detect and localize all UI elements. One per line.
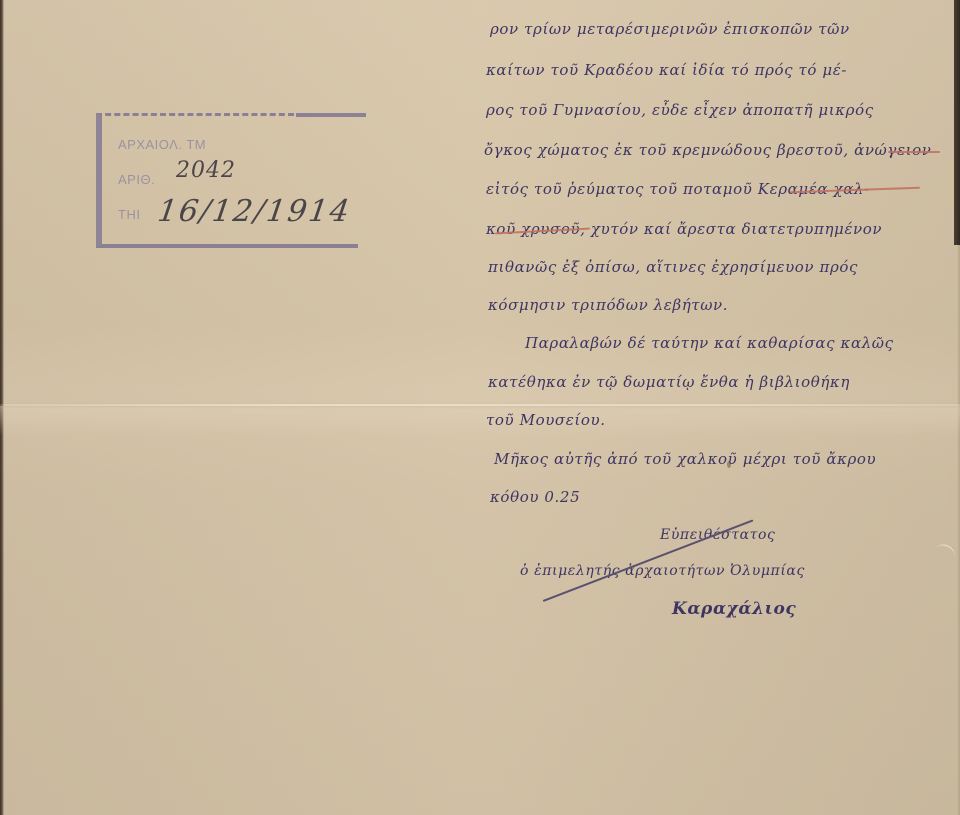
registry-stamp: ΑΡΧΑΙΟΛ. ΤΜ ΑΡΙΘ. ΤΗΙ 2042 16/12/1914 (96, 113, 358, 248)
stamp-number-value: 2042 (176, 158, 236, 183)
body-line: καίτων τοῦ Κραδέου καί ἰδία τό πρός τό μ… (486, 61, 847, 79)
stamp-label-department: ΑΡΧΑΙΟΛ. ΤΜ (118, 137, 206, 152)
body-line: ὄγκος χώματος ἐκ τοῦ κρεμνώδους βρεστοῦ,… (484, 141, 931, 159)
stamp-date-value: 16/12/1914 (156, 194, 354, 229)
body-line: τοῦ Μουσείου. (486, 411, 606, 429)
body-line: κόσμησιν τριπόδων λεβήτων. (488, 296, 728, 314)
stamp-label-number: ΑΡΙΘ. (118, 172, 155, 187)
signature-flourish-line (543, 519, 754, 601)
closing-title: ὁ ἐπιμελητής ἀρχαιοτήτων Ὀλυμπίας (520, 563, 805, 579)
stamp-label-date: ΤΗΙ (118, 207, 140, 222)
red-underline (888, 151, 940, 153)
page-right-edge-dark (954, 0, 960, 245)
paper-tear-mark (933, 541, 957, 563)
body-line: κόθου 0.25 (490, 488, 580, 506)
stamp-border-fragment (296, 113, 366, 117)
body-line: εἰτός τοῦ ῥεύματος τοῦ ποταμοῦ Κεραμέα χ… (486, 180, 870, 198)
body-line: Μῆκος αὐτῆς ἀπό τοῦ χαλκοῦ μέχρι τοῦ ἄκρ… (494, 450, 876, 468)
paper-fold-shade (0, 406, 960, 436)
body-line: κατέθηκα ἐν τῷ δωματίῳ ἔνθα ἡ βιβλιοθήκη (488, 373, 850, 391)
body-line: ρον τρίων μεταρέσιμερινῶν ἐπισκοπῶν τῶν (490, 20, 850, 38)
document-page: ΑΡΧΑΙΟΛ. ΤΜ ΑΡΙΘ. ΤΗΙ 2042 16/12/1914 ρο… (0, 0, 960, 815)
body-line: ρος τοῦ Γυμνασίου, εὗδε εἶχεν ἀποπατῆ μι… (486, 101, 874, 119)
body-line: Παραλαβών δέ ταύτην καί καθαρίσας καλῶς (525, 334, 894, 352)
signature: Καραχάλιος (672, 599, 796, 619)
body-line: πιθανῶς ἐξ ὀπίσω, αἵτινες ἐχρησίμευον πρ… (488, 258, 858, 276)
